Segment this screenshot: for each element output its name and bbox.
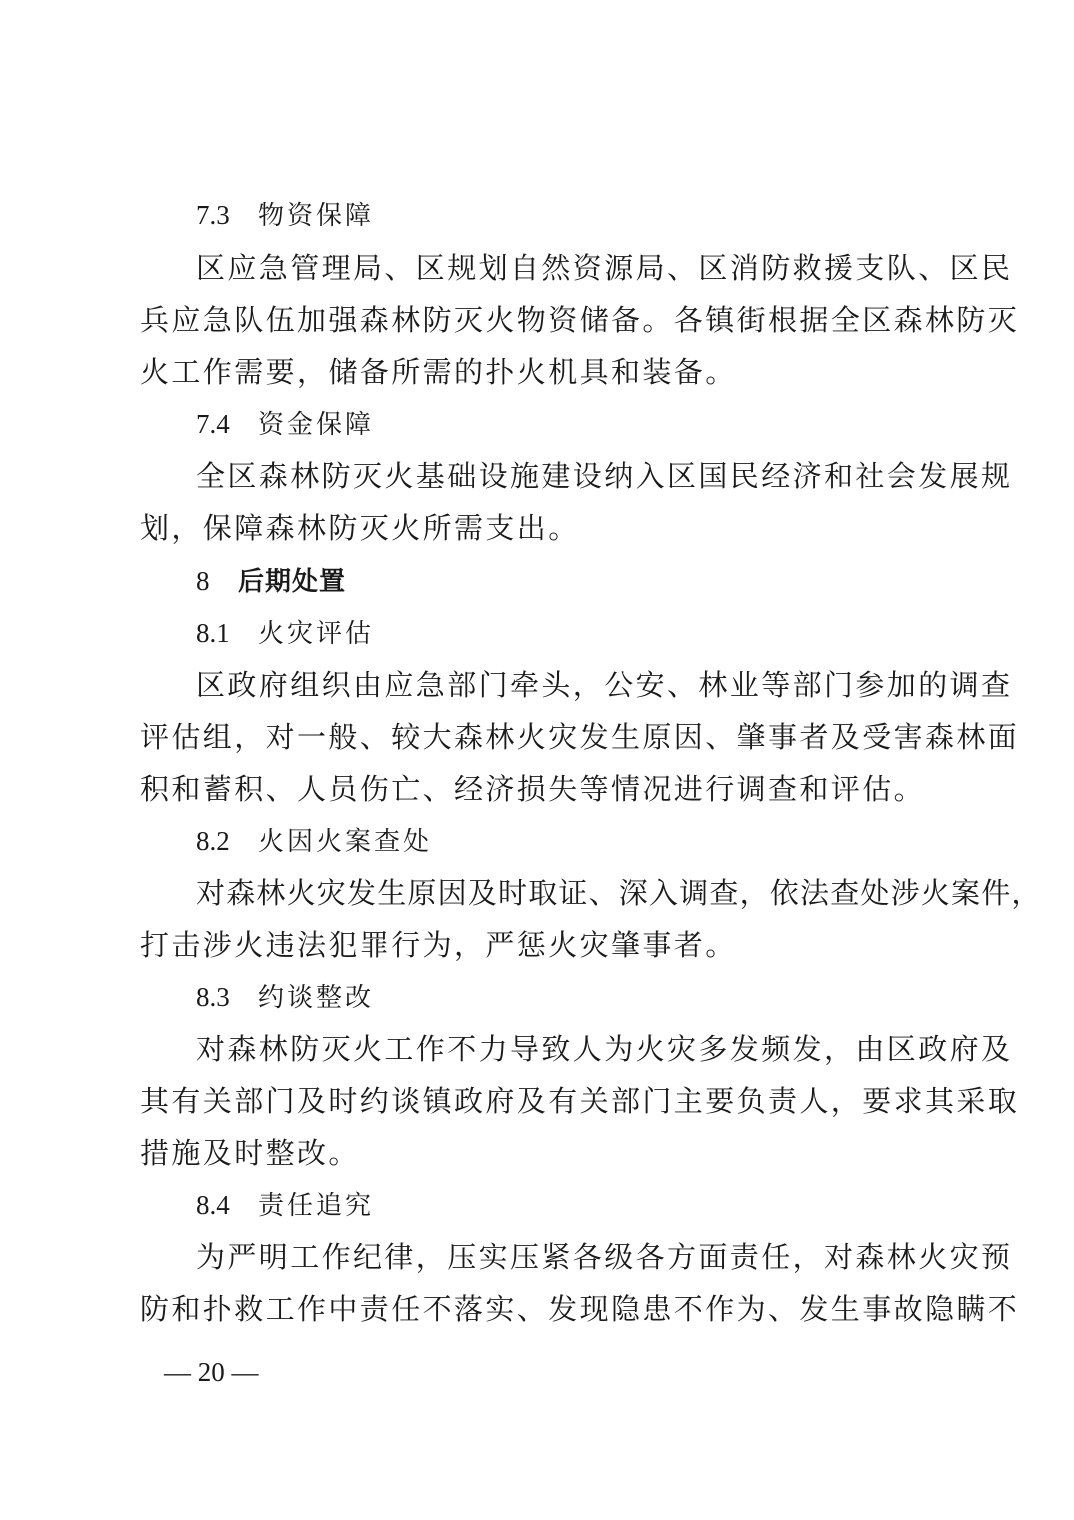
- paragraph-line: 对森林防灭火工作不力导致人为火灾多发频发，由区政府及: [196, 1023, 940, 1075]
- section-number: 7.4: [196, 398, 258, 450]
- paragraph-line: 对森林火灾发生原因及时取证、深入调查，依法查处涉火案件，: [196, 867, 940, 919]
- paragraph-line: 防和扑救工作中责任不落实、发现隐患不作为、发生事故隐瞒不: [140, 1283, 940, 1335]
- section-title: 责任追究: [258, 1191, 374, 1221]
- section-title: 约谈整改: [258, 983, 374, 1013]
- paragraph-line: 区应急管理局、区规划自然资源局、区消防救援支队、区民: [196, 242, 940, 294]
- paragraph-line: 火工作需要，储备所需的扑火机具和装备。: [140, 346, 940, 398]
- section-number: 8.4: [196, 1179, 258, 1231]
- section-title: 物资保障: [258, 201, 374, 231]
- chapter-title: 后期处置: [238, 567, 346, 597]
- paragraph-line: 措施及时整改。: [140, 1127, 940, 1179]
- section-title: 火灾评估: [258, 619, 374, 649]
- section-title: 火因火案查处: [258, 827, 432, 857]
- section-number: 8.3: [196, 971, 258, 1023]
- paragraph-line: 其有关部门及时约谈镇政府及有关部门主要负责人，要求其采取: [140, 1075, 940, 1127]
- section-heading-8-1: 8.1火灾评估: [196, 607, 374, 659]
- paragraph-line: 积和蓄积、人员伤亡、经济损失等情况进行调查和评估。: [140, 763, 940, 815]
- paragraph-line: 全区森林防灭火基础设施建设纳入区国民经济和社会发展规: [196, 450, 940, 502]
- chapter-number: 8: [196, 555, 238, 607]
- section-heading-8-2: 8.2火因火案查处: [196, 815, 432, 867]
- section-number: 8.2: [196, 815, 258, 867]
- paragraph-line: 评估组，对一般、较大森林火灾发生原因、肇事者及受害森林面: [140, 711, 940, 763]
- section-heading-7-3: 7.3物资保障: [196, 189, 374, 241]
- paragraph-line: 兵应急队伍加强森林防灭火物资储备。各镇街根据全区森林防灭: [140, 294, 940, 346]
- section-number: 7.3: [196, 189, 258, 241]
- paragraph-line: 区政府组织由应急部门牵头，公安、林业等部门参加的调查: [196, 659, 940, 711]
- paragraph-line: 划，保障森林防灭火所需支出。: [140, 502, 940, 554]
- document-page: 7.3物资保障 区应急管理局、区规划自然资源局、区消防救援支队、区民 兵应急队伍…: [0, 0, 1074, 1520]
- page-number: — 20 —: [164, 1348, 259, 1396]
- paragraph-line: 打击涉火违法犯罪行为，严惩火灾肇事者。: [140, 919, 940, 971]
- paragraph-line: 为严明工作纪律，压实压紧各级各方面责任，对森林火灾预: [196, 1231, 940, 1283]
- section-heading-8-4: 8.4责任追究: [196, 1179, 374, 1231]
- section-number: 8.1: [196, 607, 258, 659]
- section-heading-7-4: 7.4资金保障: [196, 398, 374, 450]
- chapter-heading-8: 8后期处置: [196, 555, 346, 607]
- section-heading-8-3: 8.3约谈整改: [196, 971, 374, 1023]
- section-title: 资金保障: [258, 410, 374, 440]
